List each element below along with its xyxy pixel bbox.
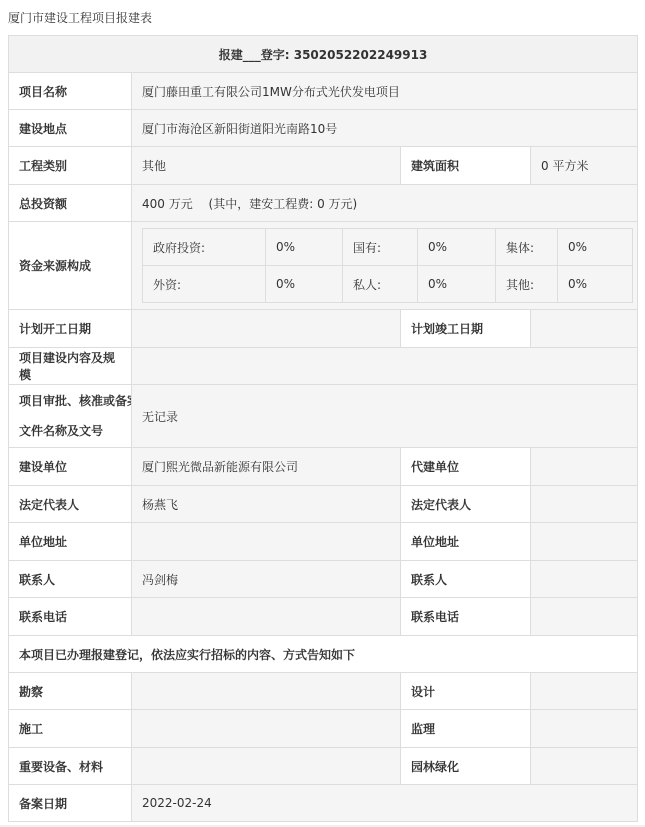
funding-state-value: 0%: [418, 229, 496, 266]
approval-label-line2: 文件名称及文号: [19, 416, 121, 446]
table-row: 单位地址 单位地址: [9, 523, 638, 561]
contact-right-label: 联系人: [401, 561, 531, 598]
table-row: 项目建设内容及规模: [9, 348, 638, 385]
table-row: 项目名称 厦门藤田重工有限公司1MW分布式光伏发电项目: [9, 73, 638, 110]
start-date-label: 计划开工日期: [9, 310, 132, 348]
funding-label: 资金来源构成: [9, 222, 132, 310]
approval-label: 项目审批、核准或备案 文件名称及文号: [9, 385, 132, 448]
survey-value: [132, 673, 401, 710]
investment-value: 400 万元 (其中，建安工程费: 0 万元): [132, 185, 638, 222]
bidding-notice-text: 本项目已办理报建登记，依法应实行招标的内容、方式告知如下: [9, 636, 638, 673]
legal-rep-right-value: [531, 486, 638, 523]
table-row: 勘察 设计: [9, 673, 638, 710]
category-label: 工程类别: [9, 147, 132, 185]
construction-label: 施工: [9, 710, 132, 748]
construction-unit-value: 厦门熙光微品新能源有限公司: [132, 448, 401, 486]
table-row: 建设地点 厦门市海沧区新阳街道阳光南路10号: [9, 110, 638, 147]
contact-left-value: 冯剑梅: [132, 561, 401, 598]
funding-state-label: 国有:: [343, 229, 418, 266]
funding-other-value: 0%: [558, 266, 633, 303]
phone-right-value: [531, 598, 638, 636]
construction-unit-label: 建设单位: [9, 448, 132, 486]
project-name-label: 项目名称: [9, 73, 132, 110]
unit-address-right-label: 单位地址: [401, 523, 531, 561]
landscaping-value: [531, 748, 638, 785]
table-row: 备案日期 2022-02-24: [9, 785, 638, 822]
area-value: 0 平方米: [531, 147, 638, 185]
table-row: 法定代表人 杨燕飞 法定代表人: [9, 486, 638, 523]
legal-rep-left-label: 法定代表人: [9, 486, 132, 523]
agent-unit-value: [531, 448, 638, 486]
location-label: 建设地点: [9, 110, 132, 147]
agent-unit-label: 代建单位: [401, 448, 531, 486]
record-date-value: 2022-02-24: [132, 785, 638, 822]
legal-rep-right-label: 法定代表人: [401, 486, 531, 523]
funding-collective-label: 集体:: [496, 229, 558, 266]
construction-value: [132, 710, 401, 748]
end-date-value: [531, 310, 638, 348]
landscaping-label: 园林绿化: [401, 748, 531, 785]
area-label: 建筑面积: [401, 147, 531, 185]
registration-number-label: 报建___登字:: [219, 48, 290, 62]
project-name-value: 厦门藤田重工有限公司1MW分布式光伏发电项目: [132, 73, 638, 110]
start-date-value: [132, 310, 401, 348]
page-title: 厦门市建设工程项目报建表: [0, 0, 645, 35]
end-date-label: 计划竣工日期: [401, 310, 531, 348]
supervision-value: [531, 710, 638, 748]
design-label: 设计: [401, 673, 531, 710]
table-row: 联系电话 联系电话: [9, 598, 638, 636]
phone-right-label: 联系电话: [401, 598, 531, 636]
supervision-label: 监理: [401, 710, 531, 748]
funding-other-label: 其他:: [496, 266, 558, 303]
funding-foreign-value: 0%: [266, 266, 343, 303]
funding-row: 外资: 0% 私人: 0% 其他: 0%: [143, 266, 633, 303]
funding-row: 政府投资: 0% 国有: 0% 集体: 0%: [143, 229, 633, 266]
survey-label: 勘察: [9, 673, 132, 710]
investment-label: 总投资额: [9, 185, 132, 222]
table-row: 项目审批、核准或备案 文件名称及文号 无记录: [9, 385, 638, 448]
table-row: 计划开工日期 计划竣工日期: [9, 310, 638, 348]
table-row: 资金来源构成 政府投资: 0% 国有: 0% 集体: 0% 外资: 0% 私人:: [9, 222, 638, 310]
approval-label-line1: 项目审批、核准或备案: [19, 386, 121, 416]
table-row: 施工 监理: [9, 710, 638, 748]
table-row: 重要设备、材料 园林绿化: [9, 748, 638, 785]
funding-gov-label: 政府投资:: [143, 229, 266, 266]
legal-rep-left-value: 杨燕飞: [132, 486, 401, 523]
table-row: 工程类别 其他 建筑面积 0 平方米: [9, 147, 638, 185]
registration-number-header: 报建___登字: 3502052202249913: [9, 36, 638, 73]
unit-address-left-value: [132, 523, 401, 561]
funding-sources-table: 政府投资: 0% 国有: 0% 集体: 0% 外资: 0% 私人: 0% 其他:…: [142, 228, 633, 303]
record-date-label: 备案日期: [9, 785, 132, 822]
phone-left-label: 联系电话: [9, 598, 132, 636]
table-row: 建设单位 厦门熙光微品新能源有限公司 代建单位: [9, 448, 638, 486]
table-row: 本项目已办理报建登记，依法应实行招标的内容、方式告知如下: [9, 636, 638, 673]
contact-left-label: 联系人: [9, 561, 132, 598]
funding-private-value: 0%: [418, 266, 496, 303]
table-row: 总投资额 400 万元 (其中，建安工程费: 0 万元): [9, 185, 638, 222]
phone-left-value: [132, 598, 401, 636]
funding-collective-value: 0%: [558, 229, 633, 266]
design-value: [531, 673, 638, 710]
funding-foreign-label: 外资:: [143, 266, 266, 303]
unit-address-right-value: [531, 523, 638, 561]
table-row: 报建___登字: 3502052202249913: [9, 36, 638, 73]
location-value: 厦门市海沧区新阳街道阳光南路10号: [132, 110, 638, 147]
unit-address-left-label: 单位地址: [9, 523, 132, 561]
registration-table: 报建___登字: 3502052202249913 项目名称 厦门藤田重工有限公…: [8, 35, 638, 822]
content-scale-label: 项目建设内容及规模: [9, 348, 132, 385]
table-row: 联系人 冯剑梅 联系人: [9, 561, 638, 598]
equipment-label: 重要设备、材料: [9, 748, 132, 785]
funding-private-label: 私人:: [343, 266, 418, 303]
category-value: 其他: [132, 147, 401, 185]
registration-number-value: 3502052202249913: [294, 48, 428, 62]
funding-value-cell: 政府投资: 0% 国有: 0% 集体: 0% 外资: 0% 私人: 0% 其他:…: [132, 222, 638, 310]
content-scale-value: [132, 348, 638, 385]
contact-right-value: [531, 561, 638, 598]
equipment-value: [132, 748, 401, 785]
approval-value: 无记录: [132, 385, 638, 448]
funding-gov-value: 0%: [266, 229, 343, 266]
